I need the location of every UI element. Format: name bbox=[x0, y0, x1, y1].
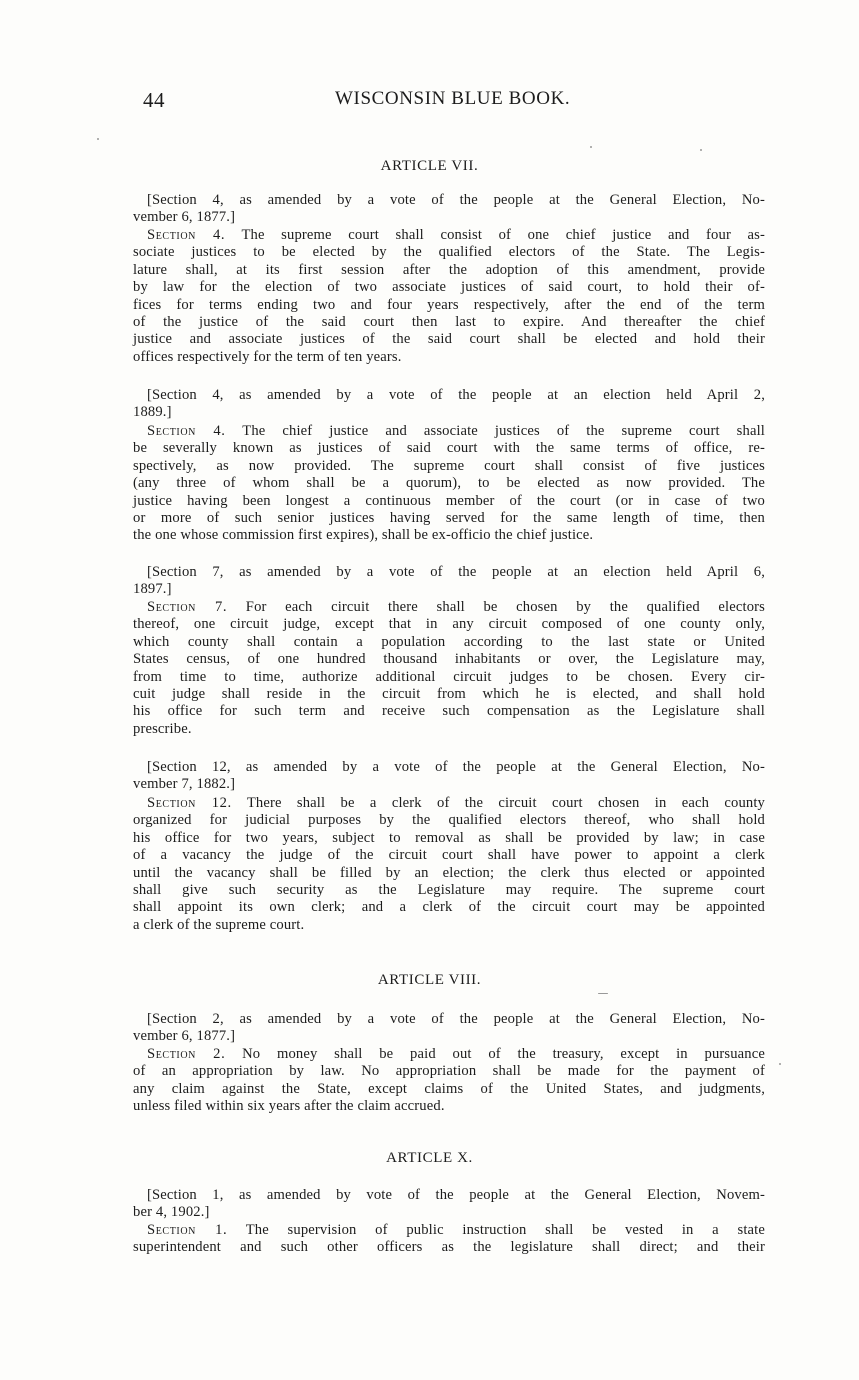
section-body: Section 4. The supreme court shall consi… bbox=[133, 227, 765, 366]
section-note: [Section 4, as amended by a vote of the … bbox=[133, 387, 765, 422]
section-label: Section 12. bbox=[147, 795, 232, 811]
section-label: Section 7. bbox=[147, 599, 227, 615]
section-body: Section 1. The supervision of public ins… bbox=[133, 1222, 765, 1257]
scan-speck bbox=[700, 149, 702, 151]
scanned-page: 44 WISCONSIN BLUE BOOK. ARTICLE VII. [Se… bbox=[0, 0, 859, 1380]
article-heading-x: ARTICLE X. bbox=[0, 1150, 859, 1167]
scan-speck bbox=[590, 146, 592, 148]
section-note: [Section 1, as amended by vote of the pe… bbox=[133, 1187, 765, 1222]
section-label: Section 2. bbox=[147, 1046, 225, 1062]
section-body: Section 4. The chief justice and associa… bbox=[133, 423, 765, 545]
scan-speck bbox=[97, 138, 99, 140]
section-note: [Section 12, as amended by a vote of the… bbox=[133, 759, 765, 794]
section-note: [Section 7, as amended by a vote of the … bbox=[133, 564, 765, 599]
section-note: [Section 4, as amended by a vote of the … bbox=[133, 192, 765, 227]
scan-speck bbox=[598, 993, 608, 994]
section-label: Section 4. bbox=[147, 227, 225, 243]
section-label: Section 4. bbox=[147, 423, 226, 439]
section-body: Section 2. No money shall be paid out of… bbox=[133, 1046, 765, 1116]
section-body: Section 12. There shall be a clerk of th… bbox=[133, 795, 765, 934]
scan-speck bbox=[779, 1063, 781, 1065]
running-head: WISCONSIN BLUE BOOK. bbox=[335, 88, 570, 110]
section-body: Section 7. For each circuit there shall … bbox=[133, 599, 765, 738]
article-heading-vii: ARTICLE VII. bbox=[0, 158, 859, 175]
article-heading-viii: ARTICLE VIII. bbox=[0, 972, 859, 989]
page-number: 44 bbox=[143, 88, 165, 113]
section-label: Section 1. bbox=[147, 1222, 227, 1238]
section-note: [Section 2, as amended by a vote of the … bbox=[133, 1011, 765, 1046]
